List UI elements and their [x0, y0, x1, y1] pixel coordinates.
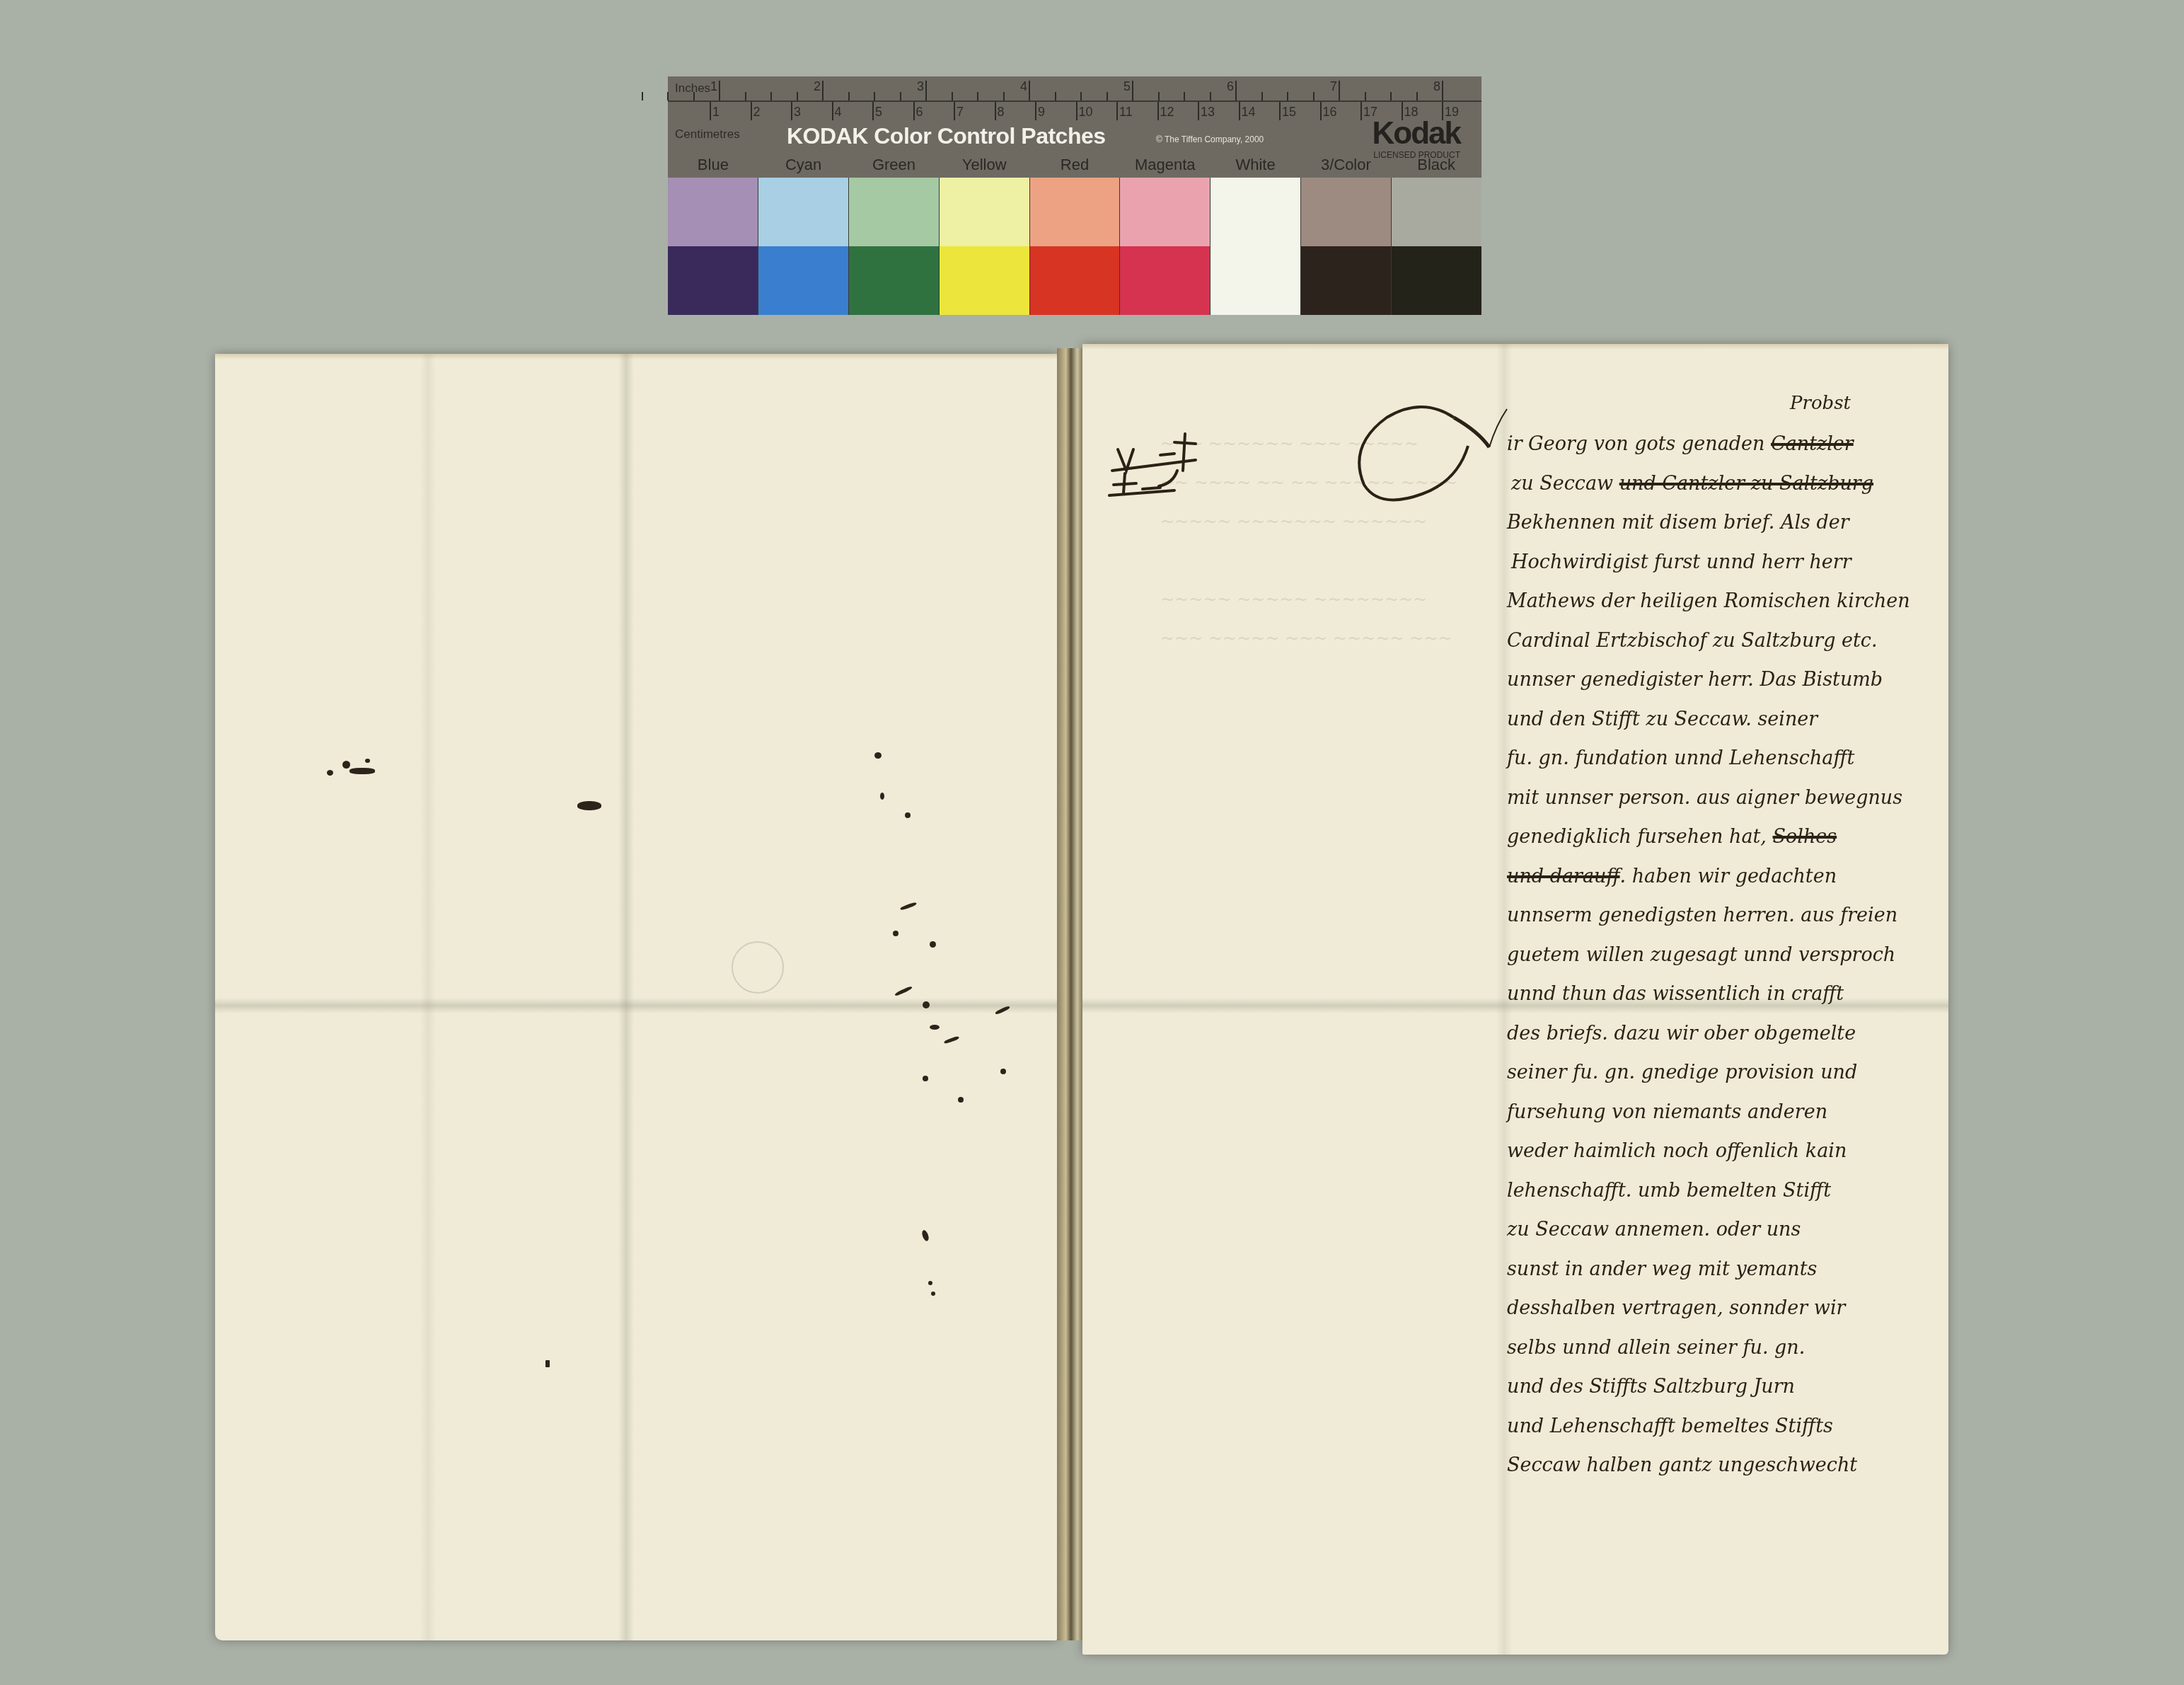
- patch-swatch: [668, 246, 758, 315]
- cm-tick-label: 8: [998, 105, 1005, 120]
- patch-label: Blue: [668, 156, 758, 177]
- line-text: . haben wir gedachten: [1620, 865, 1837, 887]
- manuscript-line: genedigklich fursehen hat, Solhes: [1507, 817, 1946, 857]
- inch-tick: [1442, 81, 1443, 100]
- inch-tick-label: 6: [1227, 79, 1234, 94]
- cm-tick-label: 15: [1282, 105, 1296, 120]
- cm-tick: [1076, 102, 1077, 120]
- vertical-fold-line: [618, 354, 634, 1640]
- inch-minor-tick: [797, 92, 798, 100]
- cm-tick-label: 5: [875, 105, 882, 120]
- patch-swatch: [849, 246, 939, 315]
- manuscript-line: fursehung von niemants anderen: [1507, 1093, 1946, 1132]
- centimetres-label: Centimetres: [675, 127, 740, 142]
- page-edge: [1082, 344, 1948, 350]
- patch-label: 3/Color: [1300, 156, 1391, 177]
- line-text: genedigklich fursehen hat,: [1507, 826, 1773, 848]
- color-patch-white: [1211, 178, 1301, 315]
- line-text: seiner fu. gn. gnedige provision und: [1507, 1062, 1857, 1083]
- manuscript-line: zu Seccaw annemen. oder uns: [1507, 1210, 1946, 1250]
- ink-mark: [931, 1292, 935, 1296]
- color-patch-red: [1030, 178, 1121, 315]
- cm-tick: [1035, 102, 1036, 120]
- cm-tick-label: 3: [794, 105, 801, 120]
- cm-tick-label: 9: [1038, 105, 1045, 120]
- inch-minor-tick: [642, 92, 643, 100]
- kodak-logo: Kodak: [1373, 116, 1460, 151]
- ink-mark: [327, 770, 333, 776]
- ink-mark: [930, 1025, 940, 1030]
- inch-tick: [925, 81, 927, 100]
- manuscript-line: und des Stiffts Saltzburg Jurn: [1507, 1367, 1946, 1407]
- manuscript-line: guetem willen zugesagt unnd versproch: [1507, 936, 1946, 975]
- patch-swatch: [758, 178, 848, 246]
- inch-minor-tick: [900, 92, 901, 100]
- ink-mark: [944, 1035, 959, 1044]
- manuscript-line: Cardinal Ertzbischof zu Saltzburg etc.: [1507, 621, 1946, 661]
- manuscript-line: Mathews der heiligen Romischen kirchen: [1507, 582, 1946, 621]
- line-text: guetem willen zugesagt unnd versproch: [1507, 944, 1895, 966]
- manuscript-line: sunst in ander weg mit yemants: [1507, 1250, 1946, 1289]
- manuscript-line: unnd thun das wissentlich in crafft: [1507, 974, 1946, 1014]
- line-text: Seccaw halben gantz ungeschwecht: [1507, 1454, 1857, 1476]
- patch-swatch: [1120, 246, 1210, 315]
- faint-circle-offset: [732, 941, 784, 994]
- patch-swatch: [1392, 246, 1481, 315]
- patch-label: Black: [1391, 156, 1481, 177]
- kodak-color-control-strip: Inches Centimetres 12345678 123456789101…: [668, 76, 1481, 315]
- inch-minor-tick: [770, 92, 772, 100]
- ink-mark: [923, 1001, 930, 1008]
- manuscript-line: zu Seccaw und Cantzler zu Saltzburg: [1507, 464, 1946, 504]
- manuscript-line: seiner fu. gn. gnedige provision und: [1507, 1053, 1946, 1093]
- ink-mark: [880, 793, 884, 800]
- cm-tick: [1279, 102, 1281, 120]
- manuscript-line: Bekhennen mit disem brief. Als der: [1507, 503, 1946, 543]
- inch-minor-tick: [693, 92, 695, 100]
- color-patch-black: [1392, 178, 1481, 315]
- inch-tick-label: 4: [1020, 79, 1027, 94]
- ink-mark: [958, 1097, 964, 1103]
- cm-tick-label: 7: [957, 105, 964, 120]
- patch-label: Magenta: [1120, 156, 1211, 177]
- line-text: zu Seccaw: [1511, 473, 1619, 495]
- color-patch-yellow: [940, 178, 1030, 315]
- line-text: des briefs. dazu wir ober obgemelte: [1507, 1023, 1856, 1045]
- inch-minor-tick: [1313, 92, 1315, 100]
- manuscript-line: und darauff. haben wir gedachten: [1507, 857, 1946, 897]
- ink-mark: [365, 759, 370, 763]
- patch-swatch: [1301, 246, 1391, 315]
- cm-tick-label: 10: [1079, 105, 1093, 120]
- line-text: Bekhennen mit disem brief. Als der: [1507, 512, 1849, 534]
- color-patch-green: [849, 178, 940, 315]
- horizontal-fold-line: [215, 998, 1057, 1013]
- ink-mark: [921, 1229, 930, 1242]
- inch-minor-tick: [848, 92, 850, 100]
- cm-tick-label: 6: [916, 105, 923, 120]
- ink-mark: [342, 761, 350, 769]
- inch-minor-tick: [874, 92, 875, 100]
- patch-swatch: [940, 246, 1029, 315]
- inch-minor-tick: [1261, 92, 1263, 100]
- inch-tick: [1132, 81, 1133, 100]
- line-text: und des Stiffts Saltzburg Jurn: [1507, 1376, 1795, 1398]
- cm-tick: [872, 102, 874, 120]
- manuscript-line: weder haimlich noch offenlich kain: [1507, 1132, 1946, 1171]
- manuscript-line: selbs unnd allein seiner fu. gn.: [1507, 1328, 1946, 1368]
- book-gutter: [1057, 348, 1082, 1640]
- cm-tick: [995, 102, 996, 120]
- patch-labels: Blue Cyan Green Yellow Red Magenta White…: [668, 156, 1481, 177]
- ink-mark: [545, 1360, 550, 1367]
- cm-tick: [954, 102, 955, 120]
- manuscript-text: ir Georg von gots genaden Cantzlerzu Sec…: [1507, 425, 1946, 1485]
- struck-text: Cantzler: [1771, 433, 1854, 455]
- inch-tick-label: 5: [1123, 79, 1131, 94]
- inch-minor-tick: [1080, 92, 1082, 100]
- ink-mark: [928, 1281, 932, 1285]
- color-patch-blue: [668, 178, 758, 315]
- line-text: unnserm genedigsten herren. aus freien: [1507, 904, 1897, 926]
- inch-minor-tick: [1287, 92, 1288, 100]
- inch-tick-label: 3: [917, 79, 924, 94]
- cm-tick: [1116, 102, 1118, 120]
- left-page: [215, 354, 1057, 1640]
- inch-scale: [668, 76, 1481, 102]
- manuscript-line: unnserm genedigsten herren. aus freien: [1507, 896, 1946, 936]
- inch-minor-tick: [977, 92, 978, 100]
- manuscript-line: Hochwirdigist furst unnd herr herr: [1507, 543, 1946, 582]
- ink-mark: [893, 931, 899, 936]
- inch-tick: [1339, 81, 1340, 100]
- inch-minor-tick: [1107, 92, 1108, 100]
- inch-minor-tick: [745, 92, 746, 100]
- manuscript-line: lehenschafft. umb bemelten Stifft: [1507, 1171, 1946, 1211]
- copyright-notice: © The Tiffen Company, 2000: [1156, 134, 1264, 144]
- inch-minor-tick: [952, 92, 953, 100]
- ink-mark: [905, 812, 911, 818]
- inch-tick-label: 2: [814, 79, 821, 94]
- cm-tick: [1320, 102, 1322, 120]
- struck-text: und darauff: [1507, 865, 1620, 887]
- cm-tick: [791, 102, 792, 120]
- line-text: ir Georg von gots genaden: [1507, 433, 1771, 455]
- margin-note-mark: [1104, 428, 1245, 506]
- ink-mark: [900, 902, 917, 911]
- cm-tick-label: 16: [1323, 105, 1337, 120]
- line-text: sunst in ander weg mit yemants: [1507, 1258, 1817, 1280]
- ink-mark: [923, 1076, 928, 1081]
- patch-swatch: [1301, 178, 1391, 246]
- patch-label: Green: [849, 156, 940, 177]
- manuscript-line: unnser genedigister herr. Das Bistumb: [1507, 660, 1946, 700]
- line-text: unnser genedigister herr. Das Bistumb: [1507, 669, 1883, 691]
- cm-tick: [832, 102, 833, 120]
- inch-minor-tick: [1158, 92, 1160, 100]
- inch-minor-tick: [1416, 92, 1418, 100]
- decorated-initial-letter: [1344, 403, 1521, 510]
- inch-minor-tick: [1184, 92, 1185, 100]
- cm-tick-label: 2: [753, 105, 761, 120]
- inch-tick: [1029, 81, 1030, 100]
- cm-tick: [1198, 102, 1199, 120]
- inch-tick: [1235, 81, 1237, 100]
- color-target-title: KODAK Color Control Patches: [787, 123, 1106, 149]
- patch-swatch: [668, 178, 758, 246]
- interlinear-insertion: Probst: [1790, 393, 1851, 414]
- patch-swatch: [940, 178, 1029, 246]
- color-patch-magenta: [1120, 178, 1211, 315]
- patch-swatch: [1030, 246, 1120, 315]
- line-text: und den Stifft zu Seccaw. seiner: [1507, 708, 1818, 730]
- ink-mark: [930, 941, 936, 948]
- cm-tick: [751, 102, 752, 120]
- ink-mark: [577, 801, 601, 810]
- inch-tick: [719, 81, 720, 100]
- line-text: fursehung von niemants anderen: [1507, 1101, 1827, 1123]
- inch-tick: [822, 81, 824, 100]
- patch-label: White: [1211, 156, 1301, 177]
- color-patch-3-color: [1301, 178, 1392, 315]
- patch-swatch: [1120, 178, 1210, 246]
- manuscript-line: fu. gn. fundation unnd Lehenschafft: [1507, 739, 1946, 778]
- patch-label: Red: [1029, 156, 1120, 177]
- inch-tick-label: 1: [710, 79, 717, 94]
- ink-mark: [1000, 1069, 1006, 1074]
- manuscript-line: desshalben vertragen, sonnder wir: [1507, 1289, 1946, 1328]
- inch-tick-label: 8: [1433, 79, 1440, 94]
- cm-tick: [1360, 102, 1362, 120]
- line-text: unnd thun das wissentlich in crafft: [1507, 983, 1844, 1005]
- line-text: selbs unnd allein seiner fu. gn.: [1507, 1337, 1805, 1359]
- inch-minor-tick: [1365, 92, 1366, 100]
- patch-swatch: [1211, 178, 1300, 315]
- ink-mark: [894, 986, 913, 997]
- inch-minor-tick: [1003, 92, 1005, 100]
- color-patch-cyan: [758, 178, 849, 315]
- line-text: Hochwirdigist furst unnd herr herr: [1511, 551, 1851, 573]
- line-text: und Lehenschafft bemeltes Stiffts: [1507, 1415, 1833, 1437]
- patch-label: Cyan: [758, 156, 849, 177]
- manuscript-line: mit unnser person. aus aigner bewegnus: [1507, 778, 1946, 818]
- line-text: fu. gn. fundation unnd Lehenschafft: [1507, 747, 1854, 769]
- manuscript-line: des briefs. dazu wir ober obgemelte: [1507, 1014, 1946, 1054]
- page-edge: [215, 354, 1057, 360]
- patch-swatch: [758, 246, 848, 315]
- patch-swatch: [1392, 178, 1481, 246]
- cm-tick-label: 14: [1242, 105, 1256, 120]
- inch-minor-tick: [1210, 92, 1211, 100]
- line-text: zu Seccaw annemen. oder uns: [1507, 1219, 1801, 1241]
- cm-tick-label: 12: [1160, 105, 1174, 120]
- inch-tick-label: 7: [1330, 79, 1337, 94]
- struck-text: Solhes: [1773, 826, 1837, 848]
- inch-minor-tick: [667, 92, 669, 100]
- cm-tick: [913, 102, 915, 120]
- line-text: Cardinal Ertzbischof zu Saltzburg etc.: [1507, 630, 1878, 652]
- line-text: mit unnser person. aus aigner bewegnus: [1507, 787, 1902, 809]
- patch-swatch: [1030, 178, 1120, 246]
- struck-text: und Cantzler zu Saltzburg: [1619, 473, 1873, 495]
- cm-tick: [1157, 102, 1159, 120]
- ink-mark: [349, 768, 375, 774]
- line-text: Mathews der heiligen Romischen kirchen: [1507, 590, 1910, 612]
- line-text: lehenschafft. umb bemelten Stifft: [1507, 1180, 1831, 1202]
- cm-tick: [710, 102, 711, 120]
- patch-swatch: [849, 178, 939, 246]
- cm-tick-label: 13: [1201, 105, 1215, 120]
- ink-mark: [874, 752, 882, 759]
- patch-label: Yellow: [939, 156, 1029, 177]
- cm-tick: [1239, 102, 1240, 120]
- cm-tick-label: 11: [1119, 105, 1133, 120]
- manuscript-line: und Lehenschafft bemeltes Stiffts: [1507, 1407, 1946, 1447]
- color-patches: [668, 178, 1481, 315]
- manuscript-line: Seccaw halben gantz ungeschwecht: [1507, 1446, 1946, 1485]
- line-text: weder haimlich noch offenlich kain: [1507, 1140, 1847, 1162]
- manuscript-line: ir Georg von gots genaden Cantzler: [1507, 425, 1946, 464]
- manuscript-line: und den Stifft zu Seccaw. seiner: [1507, 700, 1946, 740]
- cm-tick-label: 1: [712, 105, 720, 120]
- cm-tick-label: 4: [835, 105, 842, 120]
- line-text: desshalben vertragen, sonnder wir: [1507, 1297, 1845, 1319]
- inch-minor-tick: [1055, 92, 1056, 100]
- vertical-fold-line: [420, 354, 436, 1640]
- inch-minor-tick: [1390, 92, 1392, 100]
